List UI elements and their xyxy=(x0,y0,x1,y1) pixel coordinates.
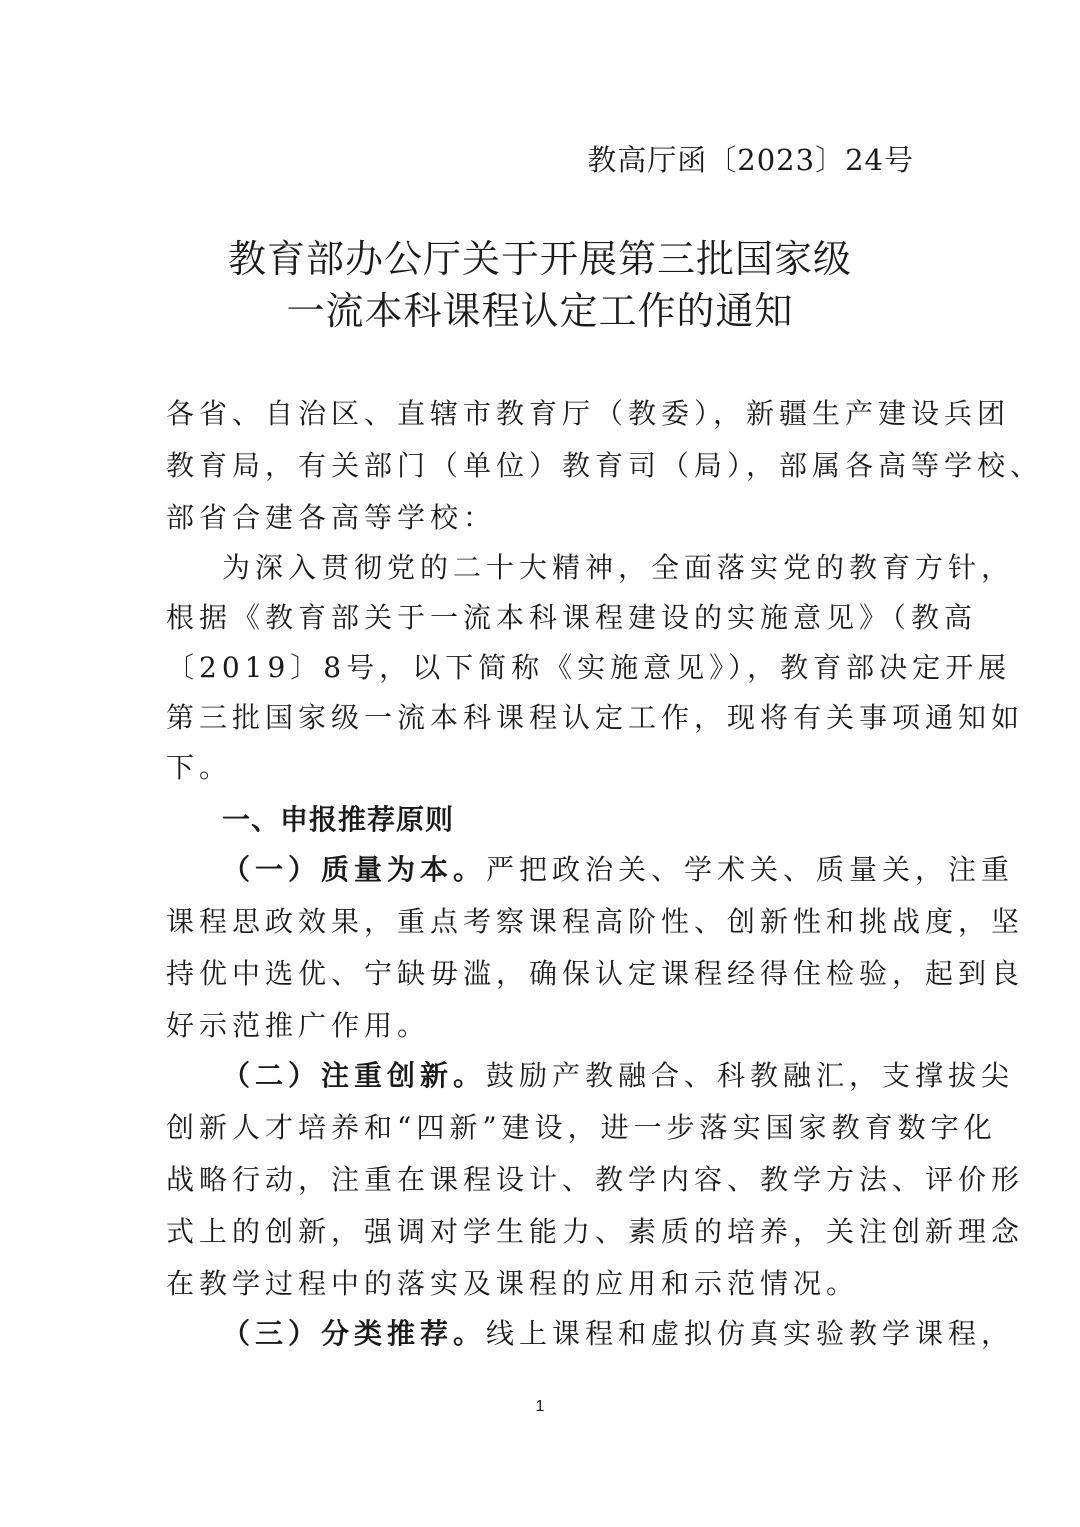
item-2-text: 鼓励产教融合、科教融汇，支撑拔尖 xyxy=(486,1059,1014,1092)
document-title-line-2: 一流本科课程认定工作的通知 xyxy=(0,280,1080,335)
item-1-text: 严把政治关、学术关、质量关，注重 xyxy=(486,853,1014,886)
item-1-label: （一）质量为本。 xyxy=(222,853,486,886)
document-page: 教高厅函〔2023〕24号 教育部办公厅关于开展第三批国家级 一流本科课程认定工… xyxy=(0,0,1080,1527)
item-2-first-line: （二）注重创新。鼓励产教融合、科教融汇，支撑拔尖 xyxy=(222,1054,916,1094)
item-2-line: 创新人才培养和“四新”建设，进一步落实国家教育数字化 xyxy=(166,1106,916,1146)
addressee-line: 部省合建各高等学校： xyxy=(166,496,916,536)
intro-line: 为深入贯彻党的二十大精神，全面落实党的教育方针， xyxy=(222,546,916,586)
intro-line: 第三批国家级一流本科课程认定工作，现将有关事项通知如 xyxy=(166,696,916,736)
intro-line: 下。 xyxy=(166,746,916,786)
addressee-line: 各省、自治区、直辖市教育厅（教委），新疆生产建设兵团 xyxy=(166,392,916,432)
section-heading: 一、申报推荐原则 xyxy=(222,798,454,838)
document-number: 教高厅函〔2023〕24号 xyxy=(587,138,914,179)
intro-line: 根据《教育部关于一流本科课程建设的实施意见》（教高 xyxy=(166,596,916,636)
document-title-line-1: 教育部办公厅关于开展第三批国家级 xyxy=(0,228,1080,283)
item-1-first-line: （一）质量为本。严把政治关、学术关、质量关，注重 xyxy=(222,848,916,888)
page-number: 1 xyxy=(0,1398,1080,1416)
item-2-line: 战略行动，注重在课程设计、教学内容、教学方法、评价形 xyxy=(166,1158,916,1198)
item-2-label: （二）注重创新。 xyxy=(222,1059,486,1092)
addressee-line: 教育局，有关部门（单位）教育司（局），部属各高等学校、 xyxy=(166,444,916,484)
item-1-line: 持优中选优、宁缺毋滥，确保认定课程经得住检验，起到良 xyxy=(166,952,916,992)
item-3-text: 线上课程和虚拟仿真实验教学课程， xyxy=(486,1317,1014,1350)
item-3-first-line: （三）分类推荐。线上课程和虚拟仿真实验教学课程， xyxy=(222,1312,916,1352)
item-3-label: （三）分类推荐。 xyxy=(222,1317,486,1350)
intro-line: 〔2019〕8号，以下简称《实施意见》），教育部决定开展 xyxy=(166,646,916,686)
item-1-line: 课程思政效果，重点考察课程高阶性、创新性和挑战度，坚 xyxy=(166,900,916,940)
item-2-line: 在教学过程中的落实及课程的应用和示范情况。 xyxy=(166,1262,916,1302)
item-2-line: 式上的创新，强调对学生能力、素质的培养，关注创新理念 xyxy=(166,1210,916,1250)
item-1-line: 好示范推广作用。 xyxy=(166,1004,916,1044)
